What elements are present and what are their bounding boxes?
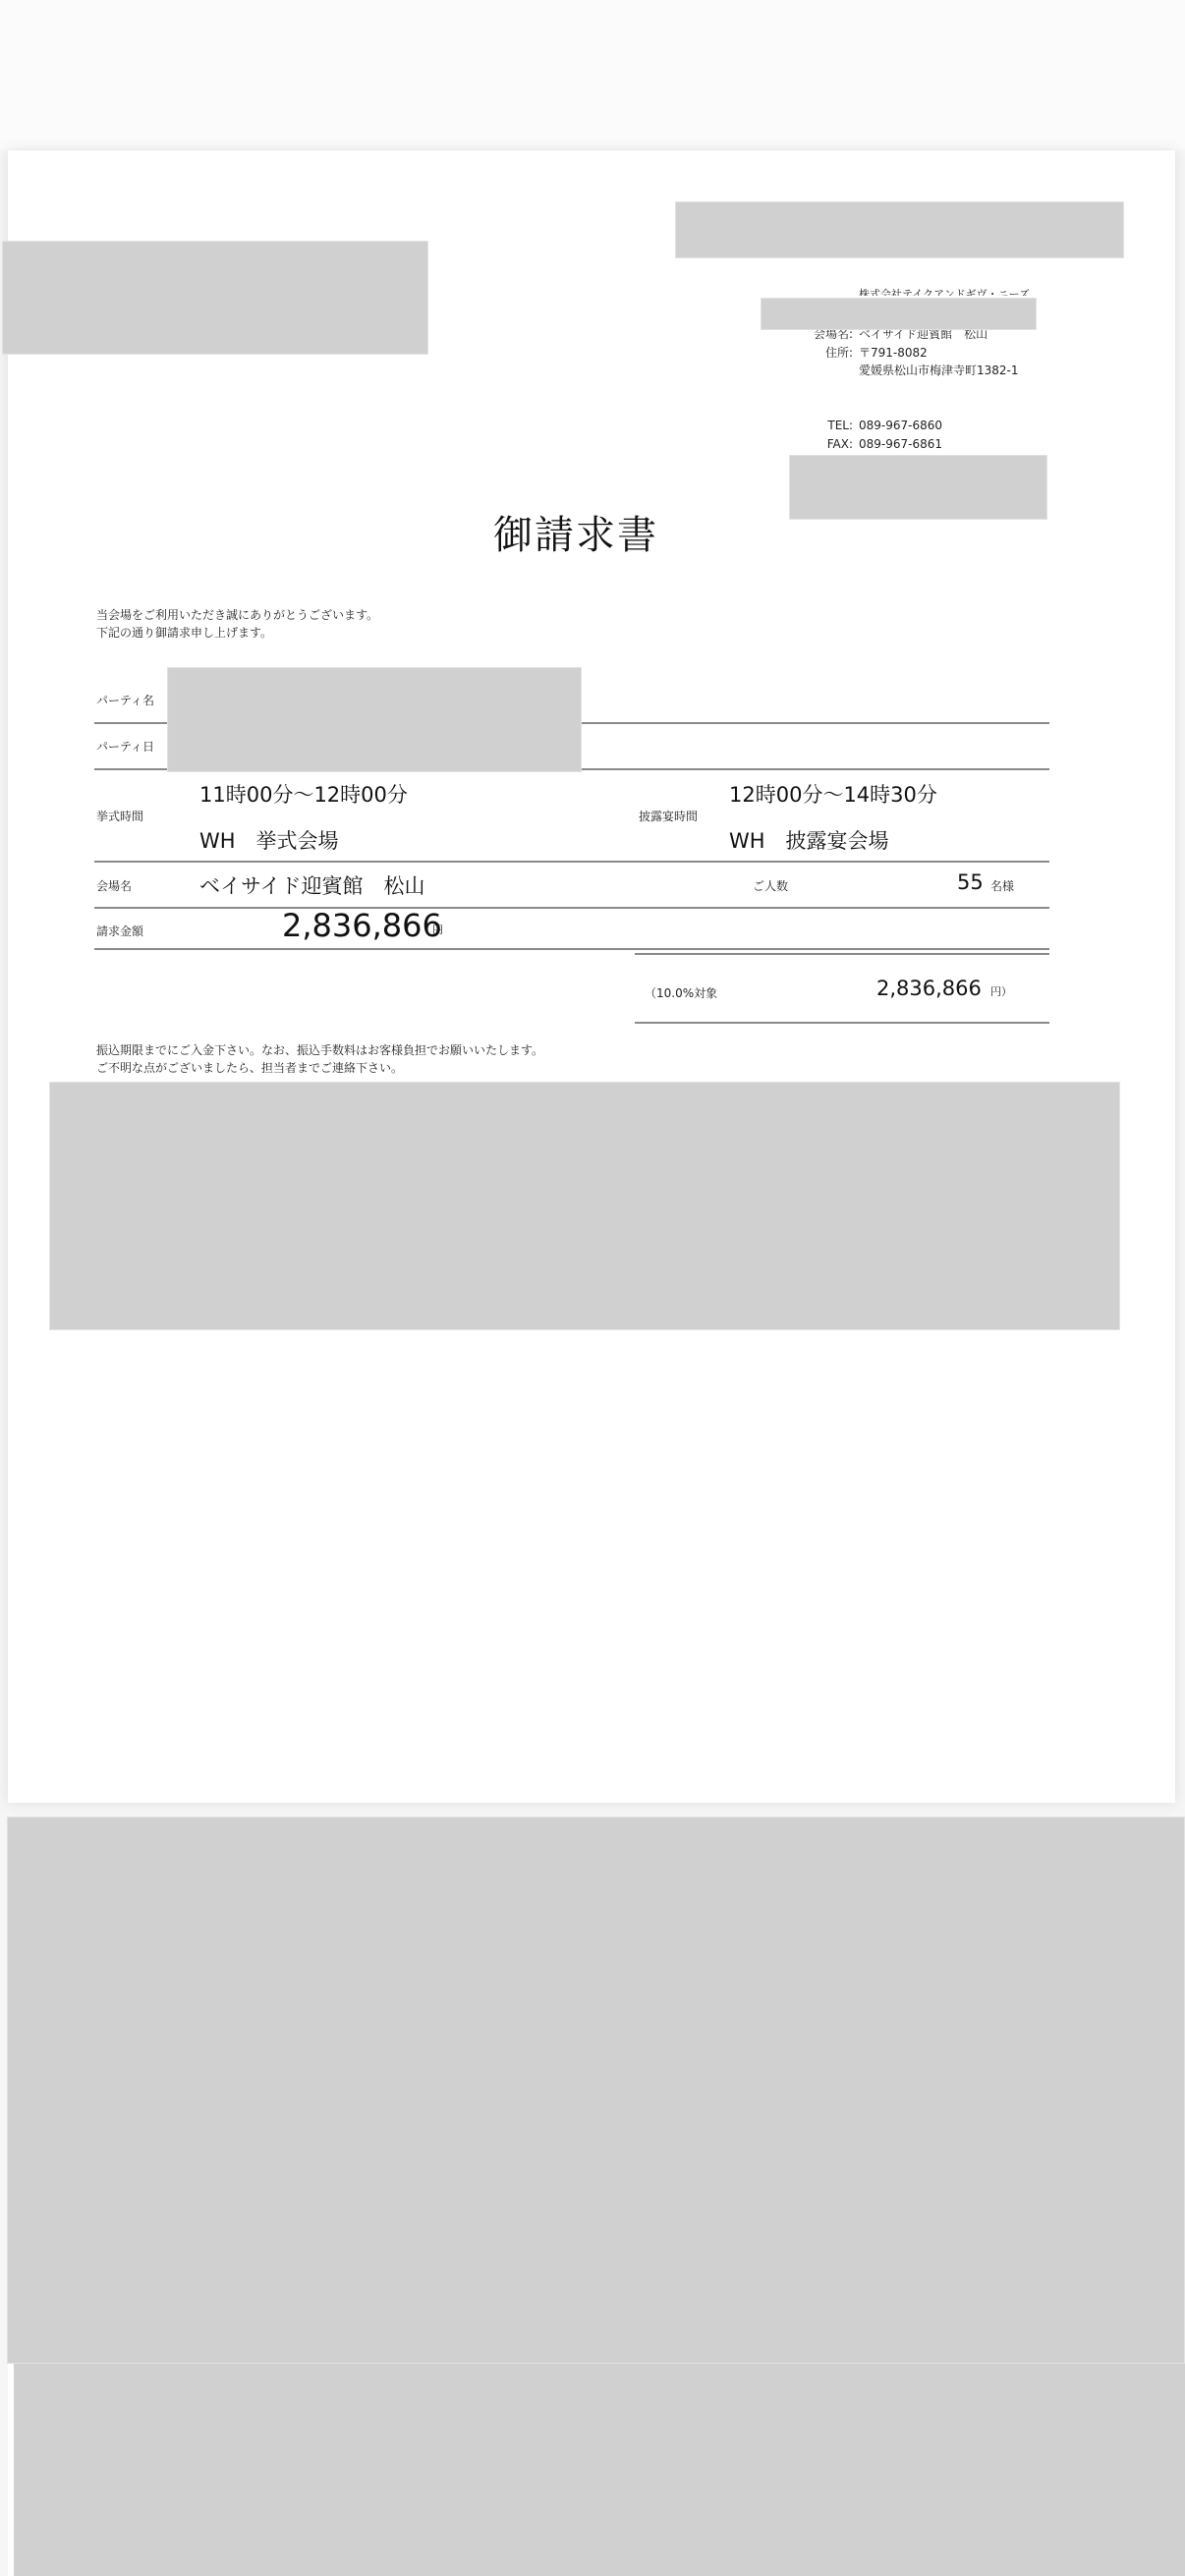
invoice-page: 株式会社テイクアンドギヴ・ニーズ 会場名: ベイサイド迎賓館 松山 住所: 〒7…: [8, 150, 1175, 1803]
guests-value: 55: [957, 870, 984, 894]
document-title: 御請求書: [493, 504, 658, 560]
greeting-line-2: 下記の通り御請求申し上げます。: [96, 624, 272, 641]
reception-venue: WH 披露宴会場: [729, 825, 889, 855]
amount-label: 請求金額: [96, 923, 143, 939]
tax-box-top-border: [635, 953, 1049, 955]
row-divider: [94, 948, 1049, 950]
viewer-top-area: [0, 0, 1185, 149]
redacted-block: [675, 201, 1124, 258]
tax-unit: 円）: [990, 983, 1012, 999]
redacted-block: [7, 1817, 1185, 2364]
row-divider: [94, 861, 1049, 863]
ceremony-time-label: 挙式時間: [96, 808, 143, 824]
ceremony-time: 11時00分〜12時00分: [199, 779, 408, 809]
venue-value: ベイサイド迎賓館 松山: [199, 870, 425, 900]
tax-label: （10.0%対象: [645, 984, 717, 1001]
redacted-block: [761, 298, 1037, 330]
sender-fax-label: FAX:: [794, 437, 853, 451]
tax-box-bottom-border: [635, 1022, 1049, 1024]
sender-tel-label: TEL:: [794, 419, 853, 432]
redacted-block: [2, 241, 428, 355]
row-divider: [94, 907, 1049, 909]
reception-time-label: 披露宴時間: [639, 808, 698, 824]
tax-value: 2,836,866: [876, 977, 982, 1000]
note-line-1: 振込期限までにご入金下さい。なお、振込手数料はお客様負担でお願いいたします。: [96, 1041, 543, 1058]
amount-unit: 円: [432, 922, 443, 937]
guests-label: ご人数: [753, 877, 788, 894]
sender-address-label: 住所:: [794, 344, 853, 361]
reception-time: 12時00分〜14時30分: [729, 779, 937, 809]
sender-fax: 089-967-6861: [859, 437, 942, 451]
redacted-block: [14, 2364, 1185, 2576]
redacted-block: [167, 667, 582, 772]
redacted-block: [789, 455, 1047, 520]
sender-tel: 089-967-6860: [859, 419, 942, 432]
sender-address: 愛媛県松山市梅津寺町1382-1: [859, 362, 1019, 378]
sender-company-name: 株式会社テイクアンドギヴ・ニーズ: [859, 286, 1030, 296]
sender-postal-code: 〒791-8082: [859, 344, 928, 361]
greeting-line-1: 当会場をご利用いただき誠にありがとうございます。: [96, 606, 378, 623]
redacted-block: [49, 1082, 1120, 1330]
venue-label: 会場名: [96, 877, 132, 894]
party-date-label: パーティ日: [96, 738, 154, 755]
guests-unit: 名様: [990, 877, 1014, 894]
amount-value: 2,836,866: [282, 907, 442, 944]
party-name-label: パーティ名: [96, 692, 154, 708]
note-line-2: ご不明な点がございましたら、担当者までご連絡下さい。: [96, 1059, 403, 1076]
ceremony-venue: WH 挙式会場: [199, 825, 339, 855]
